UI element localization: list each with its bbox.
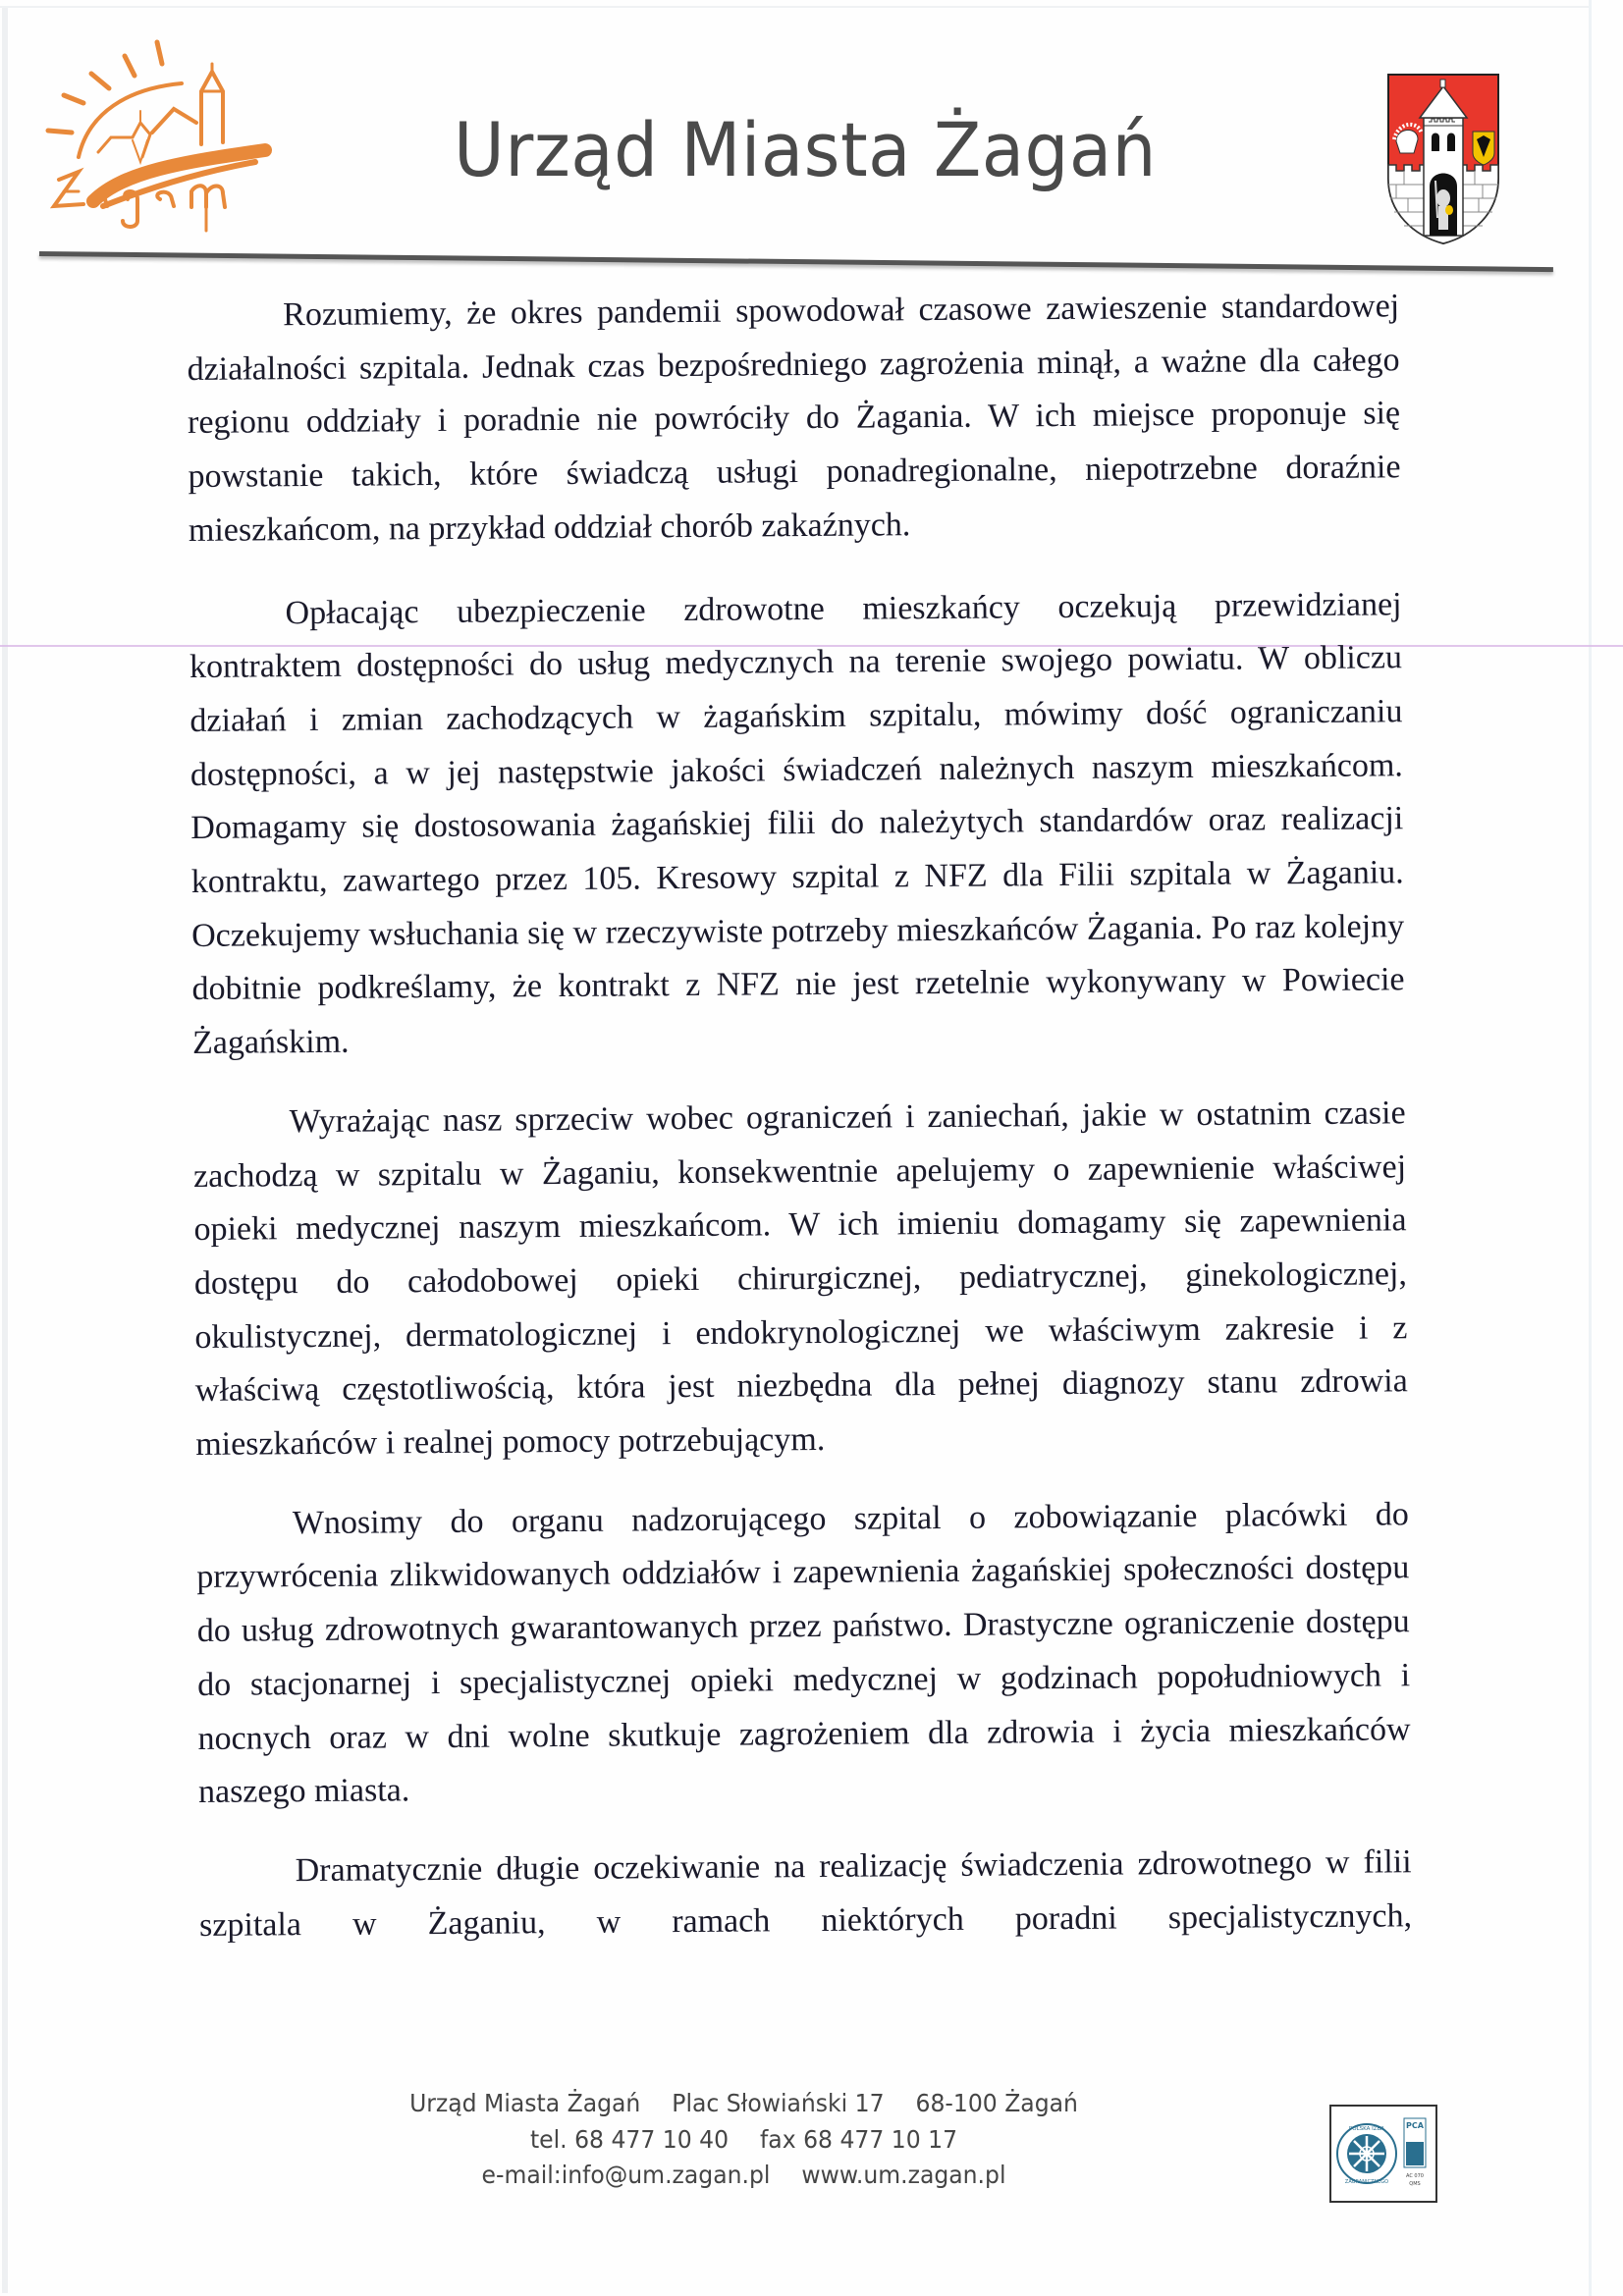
svg-text:AC 070: AC 070 xyxy=(1406,2173,1424,2179)
zagan-city-logo xyxy=(34,25,285,236)
footer-email[interactable]: e-mail:info@um.zagan.pl xyxy=(482,2158,771,2194)
footer-tel: tel. 68 477 10 40 xyxy=(530,2122,729,2159)
certification-badge: POLSKA IZBA ZAGRANICZNEGO PCA AC 070 QMS xyxy=(1329,2105,1437,2203)
footer-fax: fax 68 477 10 17 xyxy=(760,2122,957,2159)
paragraph: Dramatycznie długie oczekiwanie na reali… xyxy=(198,1836,1412,1952)
pca-accreditation-icon: PCA AC 070 QMS xyxy=(1404,2118,1426,2187)
scan-edge-right xyxy=(1589,0,1592,2296)
letterhead-footer: Urząd Miasta ŻagańPlac Słowiański 1768-1… xyxy=(321,2086,1165,2194)
header-divider xyxy=(39,251,1553,272)
letter-body: Rozumiemy, że okres pandemii spowodował … xyxy=(187,280,1412,1974)
paragraph: Wnosimy do organu nadzorującego szpital … xyxy=(196,1488,1412,1820)
scan-edge-top xyxy=(0,6,1591,8)
letter-page: Urząd Miasta Żagań xyxy=(0,0,1623,2296)
header-title: Urząd Miasta Żagań xyxy=(454,106,1111,193)
footer-office: Urząd Miasta Żagań xyxy=(409,2086,640,2122)
chamber-of-commerce-seal-icon: POLSKA IZBA ZAGRANICZNEGO xyxy=(1337,2124,1396,2185)
footer-postal: 68-100 Żagań xyxy=(916,2086,1078,2122)
footer-contact-row: e-mail:info@um.zagan.plwww.um.zagan.pl xyxy=(321,2158,1165,2194)
footer-website[interactable]: www.um.zagan.pl xyxy=(801,2158,1005,2194)
footer-address-row: Urząd Miasta ŻagańPlac Słowiański 1768-1… xyxy=(321,2086,1165,2122)
scan-edge-left xyxy=(2,6,8,2293)
paragraph: Wyrażając nasz sprzeciw wobec ograniczeń… xyxy=(192,1087,1408,1472)
zagan-coat-of-arms xyxy=(1384,71,1502,247)
paragraph: Opłacając ubezpieczenie zdrowotne mieszk… xyxy=(189,578,1405,1071)
svg-text:POLSKA IZBA: POLSKA IZBA xyxy=(1349,2126,1384,2132)
paragraph: Rozumiemy, że okres pandemii spowodował … xyxy=(187,280,1401,558)
svg-text:PCA: PCA xyxy=(1406,2121,1425,2130)
svg-text:QMS: QMS xyxy=(1409,2181,1420,2187)
footer-address: Plac Słowiański 17 xyxy=(672,2086,884,2122)
footer-phone-row: tel. 68 477 10 40fax 68 477 10 17 xyxy=(321,2122,1165,2159)
svg-text:ZAGRANICZNEGO: ZAGRANICZNEGO xyxy=(1345,2179,1388,2185)
